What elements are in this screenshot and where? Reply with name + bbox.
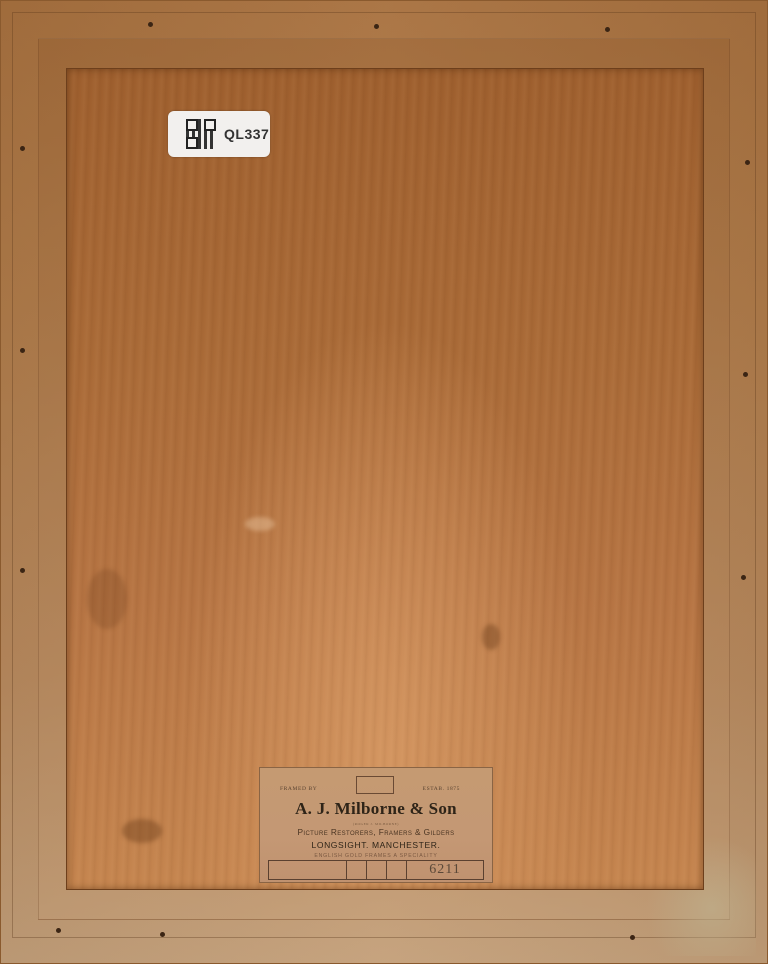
specialty-text: ENGLISH GOLD FRAMES A SPECIALITY [260,853,492,859]
reference-number: 6211 [407,861,483,879]
established-text: ESTAB. 1875 [423,786,460,792]
dark-stain [122,819,162,843]
nail-head [741,575,746,580]
nail-head [374,24,379,29]
nail-head [630,935,635,940]
nail-head [605,27,610,32]
dark-knot [482,624,500,650]
qr-code-icon [186,119,216,149]
inventory-code: QL337 [224,126,269,142]
nail-head [743,372,748,377]
framed-by-text: FRAMED BY [280,786,317,792]
light-mark [245,517,275,531]
nail-head [20,568,25,573]
nail-head [20,348,25,353]
nail-head [745,160,750,165]
business-name: A. J. Milborne & Son [260,799,492,819]
location-text: LONGSIGHT. MANCHESTER. [260,840,492,850]
reference-grid: 6211 [268,860,484,880]
picture-frame-back: QL337 FRAMED BY ESTAB. 1875 A. J. Milbor… [0,0,768,964]
business-subtitle: (ROGER J. MILBORNE) [260,822,492,826]
inventory-tag: QL337 [168,111,270,157]
nail-head [160,932,165,937]
services-text: Picture Restorers, Framers & Gilders [260,827,492,837]
nail-head [148,22,153,27]
dark-stain [87,569,127,629]
nail-head [20,146,25,151]
framed-by-box [356,776,394,794]
nail-head [56,928,61,933]
framer-label: FRAMED BY ESTAB. 1875 A. J. Milborne & S… [259,767,493,883]
